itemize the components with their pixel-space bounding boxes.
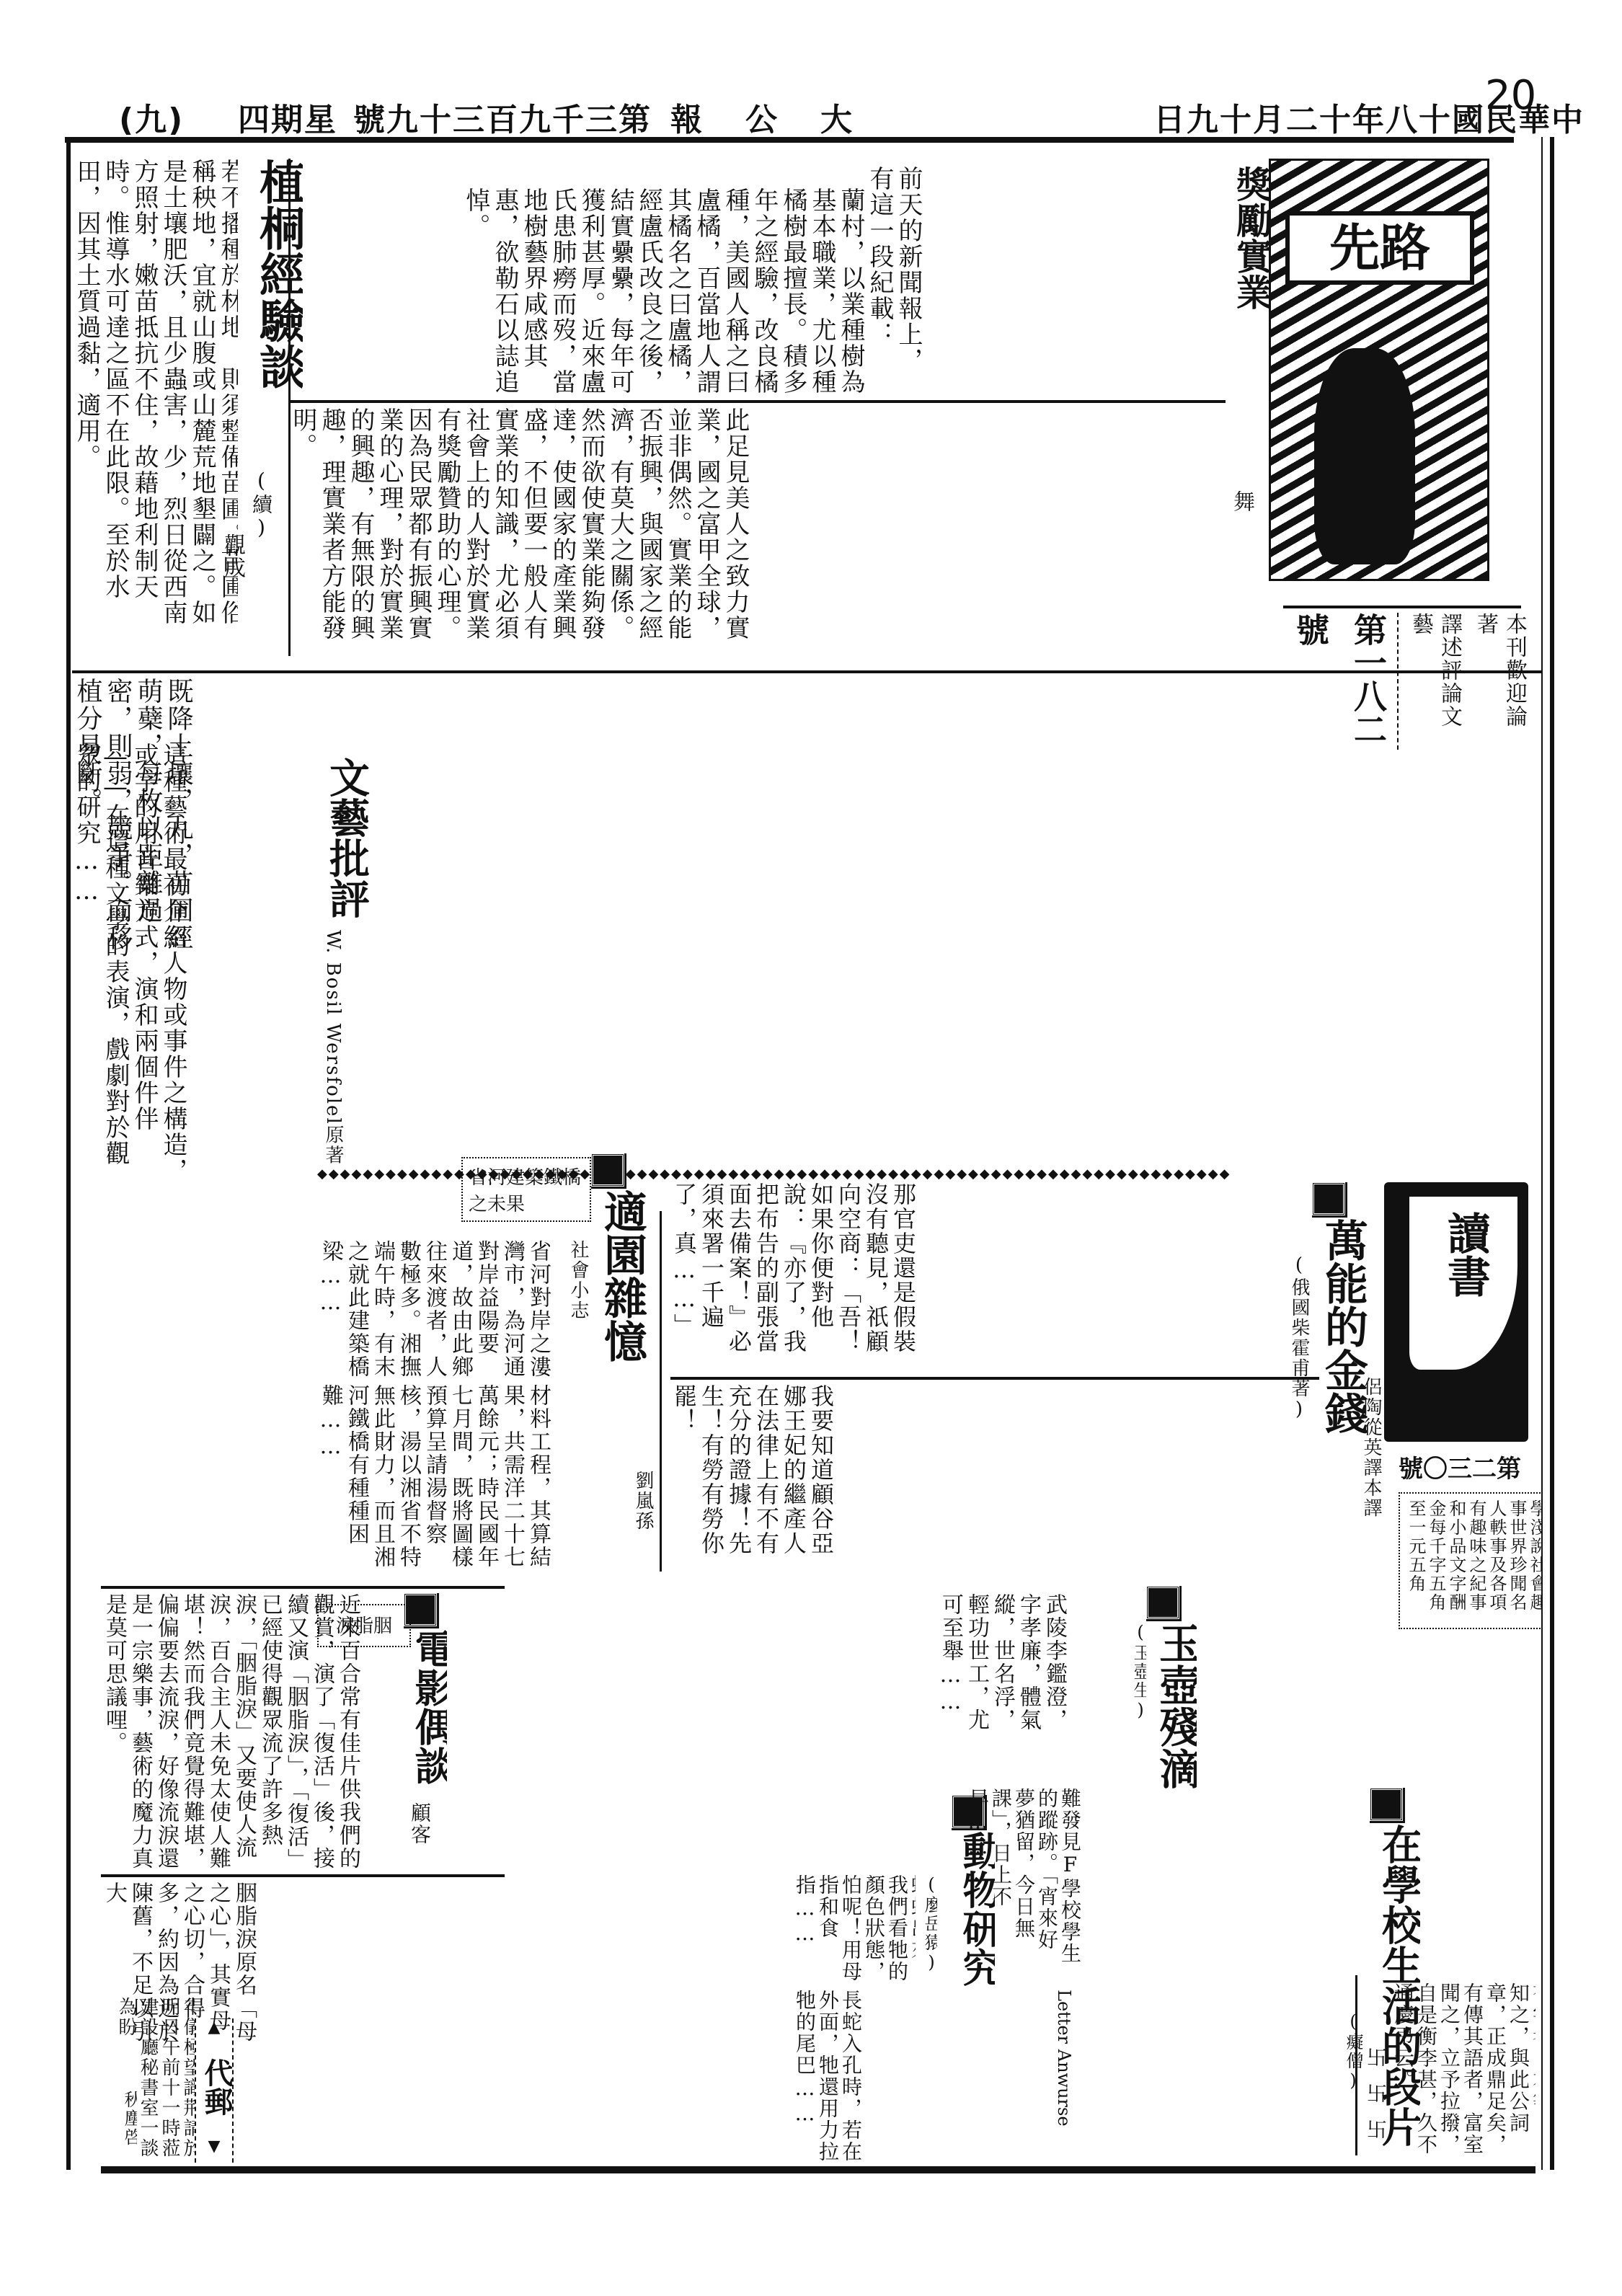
issue-number: 第三千九百三十九號 bbox=[353, 94, 652, 140]
divider bbox=[101, 1874, 505, 1877]
section-icon bbox=[1146, 1586, 1179, 1619]
article-tung-body: 若不播種於林地，則須整備苗圃。苗圃俗稱秧地，宜就山腹或山麓荒地墾闢之。如是土壤肥… bbox=[72, 159, 238, 627]
swastika-ornaments: 卐 卐 卐 bbox=[1362, 2040, 1391, 2155]
article-movie-author: 顧客 bbox=[404, 1802, 433, 1874]
article-movie-body: 近來百合常有佳片供我們的觀賞，演了「復活」後，接續又演「胭脂淚」，「復活」已經使… bbox=[101, 1593, 396, 1881]
section-icon bbox=[591, 1153, 624, 1187]
article-wenyi-meta: W. Bosil Wersfolel原著 bbox=[317, 930, 360, 1290]
article-school-body: 難發見F學校學生的蹤跡。「宵來好夢猶留，今日無課」，日上不早…… bbox=[966, 1788, 1355, 1968]
column-divider bbox=[288, 159, 291, 656]
article-school-author: (癡僧) bbox=[1337, 2011, 1363, 2127]
school-english-text: Letter Anwurse bbox=[1045, 1990, 1074, 2163]
column-divider bbox=[660, 1211, 662, 1572]
article-tingyuan-body: 省河對岸之漊灣市，為河通對岸益陽要道，故由此鄉往來渡者，人數極多。湘撫端午時，有… bbox=[317, 1240, 555, 1384]
triangle-up-icon: ▲ bbox=[196, 2018, 232, 2036]
divider bbox=[1283, 606, 1521, 608]
masthead: (九) 星期四 第三千九百三十九號 大公報 中華民國十八年十二月十九日 20 bbox=[0, 0, 1622, 144]
reading-notice-box: 本刊所需要的件稿為短篇小說筆記游記科學淺說社會趣事世界珍聞名人軼事及各項有趣味之… bbox=[1399, 1492, 1543, 1629]
article-animal-body2: 長蛇入孔時，若在外面，牠還用力拉牠的尾巴…… bbox=[793, 1990, 966, 2163]
right-border-inner bbox=[1541, 137, 1543, 2170]
article-jade-author: (玉壺生) bbox=[1125, 1622, 1146, 1737]
article-right-bottom: 劉勉吾講義，均皇皇大著，拭穢嫌其有字者，君等皆自知之，與此公詞章，正成鼎足矣，有… bbox=[1391, 1982, 1535, 2155]
weekday: 星期四 bbox=[238, 94, 337, 140]
pioneer-caption: 獎勵實業 舞 bbox=[1226, 166, 1269, 555]
divider bbox=[670, 1377, 1319, 1380]
section-icon bbox=[1370, 1788, 1403, 1821]
article-golden-translator: 侶陶從英譯本譯 bbox=[1355, 1377, 1384, 1543]
sheet-number: (九) bbox=[119, 94, 184, 140]
article-jade-body: 武陵李鑑澄，字孝廉，體氣縱，世名浮，輕功世工，尤可至舉…… bbox=[937, 1593, 1125, 1737]
issue-label: 第一八二號 bbox=[1290, 613, 1399, 750]
bridge-box-title: 省河建築鐵橋之未果 bbox=[461, 1157, 591, 1222]
article-tingyuan-body2: 材料工程，其算結果，共需洋二十七萬餘元；時民國年七月間，既將圖樣預算呈請湯督察核… bbox=[317, 1384, 613, 1572]
notice-post-title: ▲ 代郵 ▼ bbox=[195, 2018, 234, 2163]
triangle-down-icon: ▼ bbox=[196, 2137, 232, 2155]
paper-name: 大公報 bbox=[670, 94, 895, 140]
article-tung-meta: (續) bbox=[245, 469, 281, 613]
top-rule bbox=[65, 137, 1514, 143]
reading-issue: 第二三〇號 bbox=[1391, 1449, 1528, 1485]
right-border bbox=[1550, 137, 1554, 2170]
divider bbox=[72, 670, 1543, 673]
horse-rider-figure bbox=[1314, 348, 1415, 564]
bottom-rule bbox=[101, 2166, 1535, 2173]
divider bbox=[288, 400, 1226, 403]
article-tingyuan-subtitle: 社會小志 bbox=[562, 1240, 591, 1370]
pioneer-illustration: 先路 bbox=[1269, 159, 1489, 581]
reading-illustration: 讀書 bbox=[1384, 1182, 1528, 1442]
page-number: 20 bbox=[1485, 72, 1536, 119]
article-wenyi-body: 這種藝術最初介紹人物或事件之構造，或字的用音樂方式，演和兩個件伴——在這種文學的… bbox=[72, 743, 310, 1189]
notice-post-signature: 秋塵啓 bbox=[115, 2091, 137, 2163]
article-animal-author: (麼岳猿) bbox=[916, 1874, 937, 1982]
divider bbox=[101, 1586, 505, 1589]
article-reward-intro: 前天的新聞報上，有這一段紀載： bbox=[865, 166, 1226, 396]
column-divider bbox=[1355, 1975, 1357, 2155]
article-reward-body2: 此足見美人之致力實業，國之富甲全球，並非偶然。實業的能否振興，與國家之經濟，有莫… bbox=[288, 407, 1226, 645]
article-golden-body: 那官吏還是假裝沒有聽見，祇顧向空商：「吾！如果你便對他說：『亦了，我把布告的副張… bbox=[670, 1182, 1276, 1370]
illustration-title: 先路 bbox=[1285, 211, 1474, 285]
article-golden-body2: 我要知道顧谷亞娜王妃的繼產人在法律上有不有充分的證據！先生！有勞有勞你罷！ bbox=[670, 1384, 1319, 1564]
article-animal-body: 蜈蚣出來，我們看牠的顏色狀態，怕呢！用母指和食指…… bbox=[793, 1874, 916, 1982]
article-tingyuan-author: 劉嵐孫 bbox=[627, 1471, 656, 1557]
pioneer-notice: 本刊歡迎論著 譯述評論文藝 第一八二號 酬金每千字自 五角至二元 bbox=[1290, 613, 1528, 750]
article-tingyuan-title: 適園雜憶 bbox=[591, 1153, 663, 1370]
left-border bbox=[66, 137, 71, 2170]
section-icon bbox=[1312, 1182, 1345, 1215]
article-reward-body: 華僑盧煥章，廣州人，居美三十餘年，住美國加省蒂蘭村，以業種樹為基本職業，尤以種橘… bbox=[461, 187, 865, 396]
